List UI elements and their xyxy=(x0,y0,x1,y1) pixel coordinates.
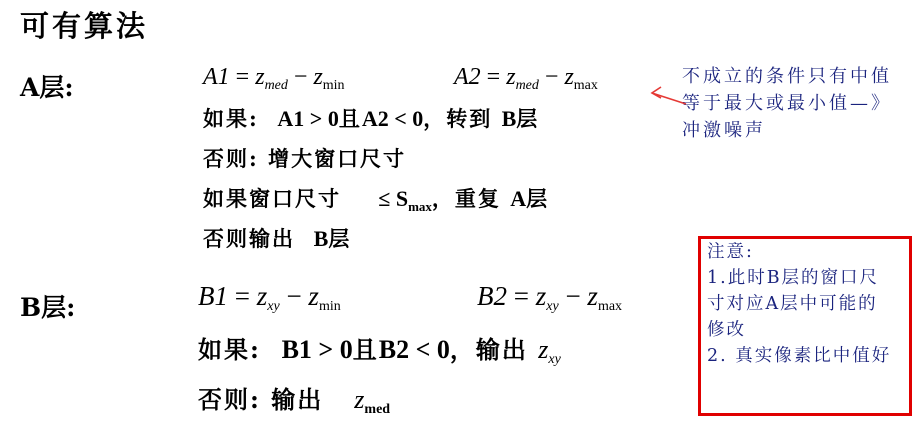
layer-b-else: 否则: 输出 zmed xyxy=(198,380,390,418)
equation-a1: A1 = zmed − zmin xyxy=(203,64,345,94)
note-line: 2. 真实像素比中值好 xyxy=(707,343,909,369)
note-line: 修改 xyxy=(707,317,909,343)
layer-b-label: B层: xyxy=(20,288,75,324)
note-box: 注意: 1.此时B层的窗口尺 寸对应A层中可能的 修改 2. 真实像素比中值好 xyxy=(698,236,912,416)
equation-b2: B2 = zxy − zmax xyxy=(477,281,622,315)
layer-a-label: A层: xyxy=(20,68,74,104)
layer-a-condition: 如果: A1 > 0且A2 < 0，转到 B层 xyxy=(203,103,539,133)
note-heading: 注意: xyxy=(707,239,909,265)
note-line: 寸对应A层中可能的 xyxy=(707,291,909,317)
layer-a-window-check: 如果窗口尺寸 ≤ Smax，重复 A层 xyxy=(203,183,549,215)
layer-a-else: 否则: 增大窗口尺寸 xyxy=(203,143,406,173)
annotation-note: 不成立的条件只有中值 等于最大或最小值—》 冲激噪声 xyxy=(682,63,892,144)
page-title: 可有算法 xyxy=(20,4,148,45)
note-line: 1.此时B层的窗口尺 xyxy=(707,265,909,291)
equation-b1: B1 = zxy − zmin xyxy=(198,281,341,315)
layer-b-condition: 如果: B1 > 0且B2 < 0，输出 zxy xyxy=(198,330,561,368)
layer-a-output: 否则输出 B层 xyxy=(203,223,351,253)
equation-a2: A2 = zmed − zmax xyxy=(454,64,598,94)
